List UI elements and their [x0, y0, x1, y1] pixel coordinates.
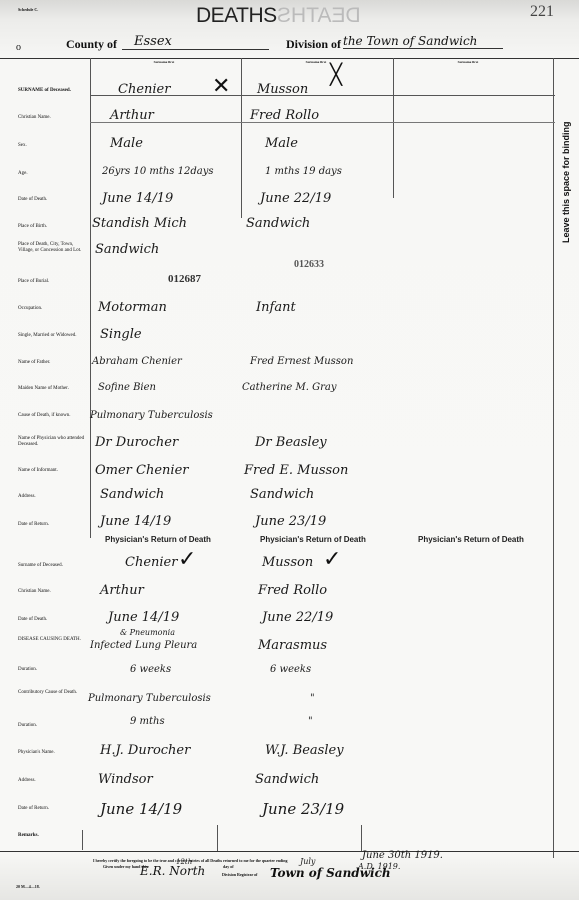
phys1-contributory: Pulmonary Tuberculosis — [88, 693, 211, 704]
phys2-date-of-return: June 23/19 — [262, 800, 344, 818]
record2-burial-stamp: 012633 — [294, 259, 324, 270]
phys2-duration2: " — [308, 716, 313, 727]
record1-sex: Male — [110, 136, 143, 151]
phys2-disease: Marasmus — [258, 638, 327, 653]
certification-day-of-label: day of — [223, 864, 234, 869]
record1-occupation: Motorman — [98, 300, 167, 315]
phys2-physician-name: W.J. Beasley — [265, 743, 344, 758]
column-header: Surname first — [124, 60, 204, 64]
label-date-of-death: Date of Death. — [18, 197, 88, 203]
record1-address: Sandwich — [100, 487, 164, 502]
phys2-duration: 6 weeks — [270, 664, 311, 675]
check-mark-icon: ✓ — [178, 547, 196, 572]
phys-label-physician-name: Physician's Name. — [18, 750, 88, 756]
certification-month: July — [300, 857, 315, 866]
record1-burial-stamp: 012687 — [168, 273, 201, 285]
column-header: Surname first — [276, 60, 356, 64]
bottom-rule — [0, 851, 579, 852]
county-value: Essex — [122, 34, 269, 50]
physician-heading: Physician's Return of Death — [418, 535, 524, 544]
label-place-of-death: Place of Death, City, Town, Village, or … — [18, 242, 88, 253]
record1-age: 26yrs 10 mths 12days — [102, 166, 214, 177]
record1-christian-name: Arthur — [110, 108, 154, 123]
phys2-christian-name: Fred Rollo — [258, 583, 327, 598]
record1-place-of-birth: Standish Mich — [92, 216, 187, 231]
phys1-disease-note: & Pneumonia — [120, 628, 175, 637]
phys1-christian-name: Arthur — [100, 583, 144, 598]
quarter-ending-date: June 30th 1919. — [362, 850, 443, 861]
label-place-of-burial: Place of Burial. — [18, 279, 88, 285]
record2-date-of-return: June 23/19 — [255, 514, 326, 529]
top-rule — [0, 58, 579, 59]
tick — [217, 825, 218, 851]
record2-christian-name: Fred Rollo — [250, 108, 319, 123]
record1-date-of-return: June 14/19 — [100, 514, 171, 529]
phys-label-duration: Duration. — [18, 667, 88, 673]
record1-father: Abraham Chenier — [92, 356, 182, 367]
phys2-address: Sandwich — [255, 772, 319, 787]
registrar-label: Division Registrar of — [222, 872, 257, 877]
schedule-label: Schedule C. — [18, 7, 38, 12]
phys1-date-of-return: June 14/19 — [100, 800, 182, 818]
form-number: 20 M—4—18. — [16, 884, 40, 889]
phys1-address: Windsor — [98, 772, 153, 787]
record1-marital-status: Single — [100, 327, 142, 342]
record1-surname: Chenier — [118, 82, 170, 97]
label-date-of-return: Date of Return. — [18, 522, 88, 528]
record2-physician: Dr Beasley — [255, 435, 327, 450]
label-father: Name of Father. — [18, 360, 88, 366]
label-occupation: Occupation. — [18, 306, 88, 312]
phys1-disease: Infected Lung Pleura — [90, 640, 197, 651]
record1-mother: Sofine Bien — [98, 382, 156, 393]
record1-date-of-death: June 14/19 — [102, 191, 173, 206]
cross-mark-icon: ╳ — [330, 62, 342, 86]
phys2-date-of-death: June 22/19 — [262, 610, 333, 625]
phys1-surname: Chenier — [125, 555, 177, 570]
record2-sex: Male — [265, 136, 298, 151]
registrar-division: Town of Sandwich — [270, 866, 391, 880]
phys2-surname: Musson — [262, 555, 313, 570]
phys-label-christian-name: Christian Name. — [18, 589, 88, 595]
phys2-contributory: " — [310, 693, 315, 704]
label-informant: Name of Informant. — [18, 468, 88, 474]
row-rule — [90, 122, 555, 123]
phys-label-date-of-return: Date of Return. — [18, 806, 88, 812]
label-place-of-birth: Place of Birth. — [18, 224, 88, 230]
phys-label-contributory: Contributory Cause of Death. — [18, 690, 88, 696]
bleed-through-title: DEATHS — [277, 4, 361, 28]
phys1-date-of-death: June 14/19 — [108, 610, 179, 625]
phys1-duration: 6 weeks — [130, 664, 171, 675]
column-divider — [90, 58, 91, 538]
page-number: 221 — [530, 3, 554, 21]
death-register-page: Schedule C. DEATHS DEATHS 221 o County o… — [0, 0, 579, 900]
binding-note: Leave this space for binding — [561, 93, 571, 243]
record2-mother: Catherine M. Gray — [242, 382, 336, 393]
record2-occupation: Infant — [256, 300, 296, 315]
label-mother: Maiden Name of Mother. — [18, 386, 88, 392]
label-sex: Sex. — [18, 143, 88, 149]
registrar-signature: E.R. North — [140, 864, 205, 878]
record2-surname: Musson — [257, 82, 308, 97]
label-christian-name: Christian Name. — [18, 115, 88, 121]
phys-label-date-of-death: Date of Death. — [18, 617, 88, 623]
column-divider — [241, 58, 242, 218]
physician-heading: Physician's Return of Death — [105, 535, 211, 544]
page-title: DEATHS — [196, 4, 277, 28]
record2-place-of-birth: Sandwich — [246, 216, 310, 231]
record2-father: Fred Ernest Musson — [250, 356, 353, 367]
record1-place-of-death: Sandwich — [95, 242, 159, 257]
division-value: the Town of Sandwich — [343, 34, 503, 49]
label-marital-status: Single, Married or Widowed. — [18, 333, 88, 339]
phys1-duration2: 9 mths — [130, 716, 165, 727]
tick — [361, 825, 362, 851]
record2-age: 1 mths 19 days — [265, 166, 342, 177]
label-cause: Cause of Death, if known. — [18, 413, 88, 419]
record2-informant: Fred E. Musson — [244, 463, 348, 478]
phys-label-remarks: Remarks. — [18, 833, 88, 839]
record1-physician: Dr Durocher — [95, 435, 178, 450]
phys-label-disease: DISEASE CAUSING DEATH. — [18, 637, 88, 643]
punch-hole-icon: o — [16, 42, 21, 53]
record1-cause: Pulmonary Tuberculosis — [90, 410, 213, 421]
cross-mark-icon: ✕ — [212, 74, 230, 99]
physician-heading: Physician's Return of Death — [260, 535, 366, 544]
binding-margin: Leave this space for binding — [556, 95, 570, 245]
phys-label-duration2: Duration. — [18, 723, 88, 729]
label-physician: Name of Physician who attended Deceased. — [18, 436, 88, 447]
label-age: Age. — [18, 171, 88, 177]
phys-label-address: Address. — [18, 778, 88, 784]
phys-label-surname: Surname of Deceased. — [18, 563, 88, 569]
label-surname: SURNAME of Deceased. — [18, 88, 88, 94]
label-address: Address. — [18, 494, 88, 500]
column-divider — [393, 58, 394, 198]
phys1-physician-name: H.J. Durocher — [100, 743, 190, 758]
record1-informant: Omer Chenier — [95, 463, 188, 478]
column-header: Surname first — [428, 60, 508, 64]
record2-date-of-death: June 22/19 — [260, 191, 331, 206]
division-label: Division of — [286, 37, 341, 52]
record2-address: Sandwich — [250, 487, 314, 502]
column-divider — [553, 58, 554, 858]
check-mark-icon: ✓ — [323, 547, 341, 572]
county-label: County of — [66, 37, 117, 52]
